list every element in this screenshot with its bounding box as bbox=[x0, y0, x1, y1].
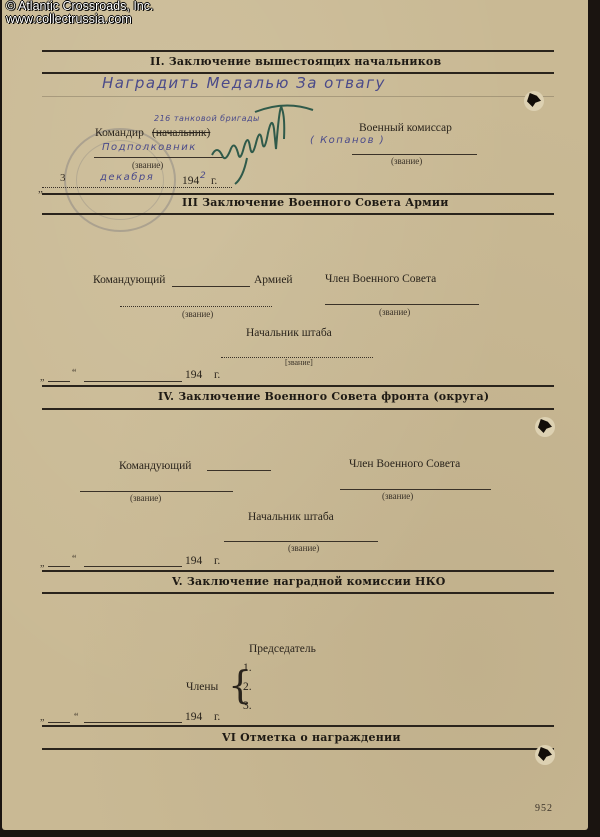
date-g: г. bbox=[214, 711, 220, 723]
date-year: 194 bbox=[185, 369, 202, 381]
commissar-line bbox=[352, 154, 477, 155]
date-year: 194 bbox=[185, 711, 202, 723]
chief-of-staff-label: Начальник штаба bbox=[246, 327, 332, 339]
front-commander-label: Командующий bbox=[119, 460, 191, 472]
rank-caption-left: (звание) bbox=[182, 309, 213, 319]
member-1: 1. bbox=[243, 662, 252, 674]
section-rule bbox=[42, 50, 554, 52]
section-rule bbox=[42, 570, 554, 572]
rank-line bbox=[340, 489, 491, 490]
council-member-label: Член Военного Совета bbox=[325, 273, 436, 285]
rank-line bbox=[325, 304, 479, 305]
date-month: декабря bbox=[100, 172, 154, 183]
chairman-label: Председатель bbox=[249, 643, 316, 655]
rank-line bbox=[120, 306, 272, 307]
chief-caption: [звание] bbox=[285, 358, 313, 367]
army-label: Армией bbox=[254, 274, 293, 286]
section2-title: II. Заключение вышестоящих начальников bbox=[150, 55, 441, 68]
army-commander-label: Командующий bbox=[93, 274, 165, 286]
rank-caption-right: (звание) bbox=[379, 307, 410, 317]
quote-close: “ bbox=[74, 712, 78, 723]
blank-line bbox=[172, 286, 212, 287]
section-rule bbox=[42, 408, 554, 410]
chief-of-staff-label: Начальник штаба bbox=[248, 511, 334, 523]
month-line bbox=[84, 566, 182, 567]
rank-line bbox=[94, 157, 224, 158]
date-year-suffix: 2 bbox=[200, 171, 207, 181]
handwritten-decision: Наградить Медалью За отвагу bbox=[102, 74, 386, 92]
section-rule bbox=[42, 193, 554, 195]
quote-close: “ bbox=[72, 368, 76, 379]
page-number: 952 bbox=[535, 803, 553, 814]
date-year: 194 bbox=[185, 555, 202, 567]
date-line bbox=[42, 187, 232, 188]
date-day: 3 bbox=[60, 172, 66, 184]
commissar-name: ( Копанов ) bbox=[310, 135, 385, 146]
chief-caption: (звание) bbox=[288, 543, 319, 553]
members-label: Члены bbox=[186, 681, 218, 693]
chief-line bbox=[224, 541, 378, 542]
section-rule bbox=[42, 748, 554, 750]
section5-title: V. Заключение наградной комиссии НКО bbox=[172, 575, 446, 588]
blank-line bbox=[212, 286, 250, 287]
quote-close: “ bbox=[72, 554, 76, 565]
member-2: 2. bbox=[243, 681, 252, 693]
rank-line bbox=[80, 491, 233, 492]
blank-line bbox=[207, 470, 271, 471]
section-rule bbox=[42, 725, 554, 727]
rank-caption: (звание) bbox=[132, 160, 163, 170]
section3-title: III Заключение Военного Совета Армии bbox=[182, 196, 449, 209]
watermark-line2: www.collectrussia.com bbox=[6, 13, 153, 26]
signature bbox=[207, 100, 317, 190]
commander-label: Командир bbox=[95, 127, 144, 139]
date-g: г. bbox=[214, 369, 220, 381]
quote-open: „ bbox=[40, 372, 44, 383]
rank-caption-right: (звание) bbox=[382, 491, 413, 501]
month-line bbox=[84, 381, 182, 382]
writing-line bbox=[42, 96, 554, 97]
commissar-label: Военный комиссар bbox=[359, 122, 452, 134]
council-member-label: Член Военного Совета bbox=[349, 458, 460, 470]
day-line bbox=[48, 566, 70, 567]
date-year: 194 bbox=[182, 175, 199, 187]
commander-paren: (начальник) bbox=[152, 127, 210, 139]
month-line bbox=[84, 722, 182, 723]
quote-open: „ bbox=[40, 712, 44, 723]
document-page: II. Заключение вышестоящих начальников Н… bbox=[2, 0, 588, 830]
date-g: г. bbox=[211, 175, 217, 187]
date-g: г. bbox=[214, 555, 220, 567]
section6-title: VI Отметка о награждении bbox=[222, 731, 401, 744]
section-rule bbox=[42, 213, 554, 215]
member-3: 3. bbox=[243, 700, 252, 712]
commissar-caption: (звание) bbox=[391, 156, 422, 166]
day-line bbox=[48, 381, 70, 382]
section-rule bbox=[42, 385, 554, 387]
quote-open: „ bbox=[40, 558, 44, 569]
copyright-watermark: © Atlantic Crossroads, Inc. www.collectr… bbox=[6, 0, 153, 26]
day-line bbox=[48, 722, 70, 723]
section-rule bbox=[42, 592, 554, 594]
rank-handwritten: Подполковник bbox=[102, 142, 197, 153]
rank-caption-left: (звание) bbox=[130, 493, 161, 503]
section4-title: IV. Заключение Военного Совета фронта (о… bbox=[158, 390, 489, 403]
